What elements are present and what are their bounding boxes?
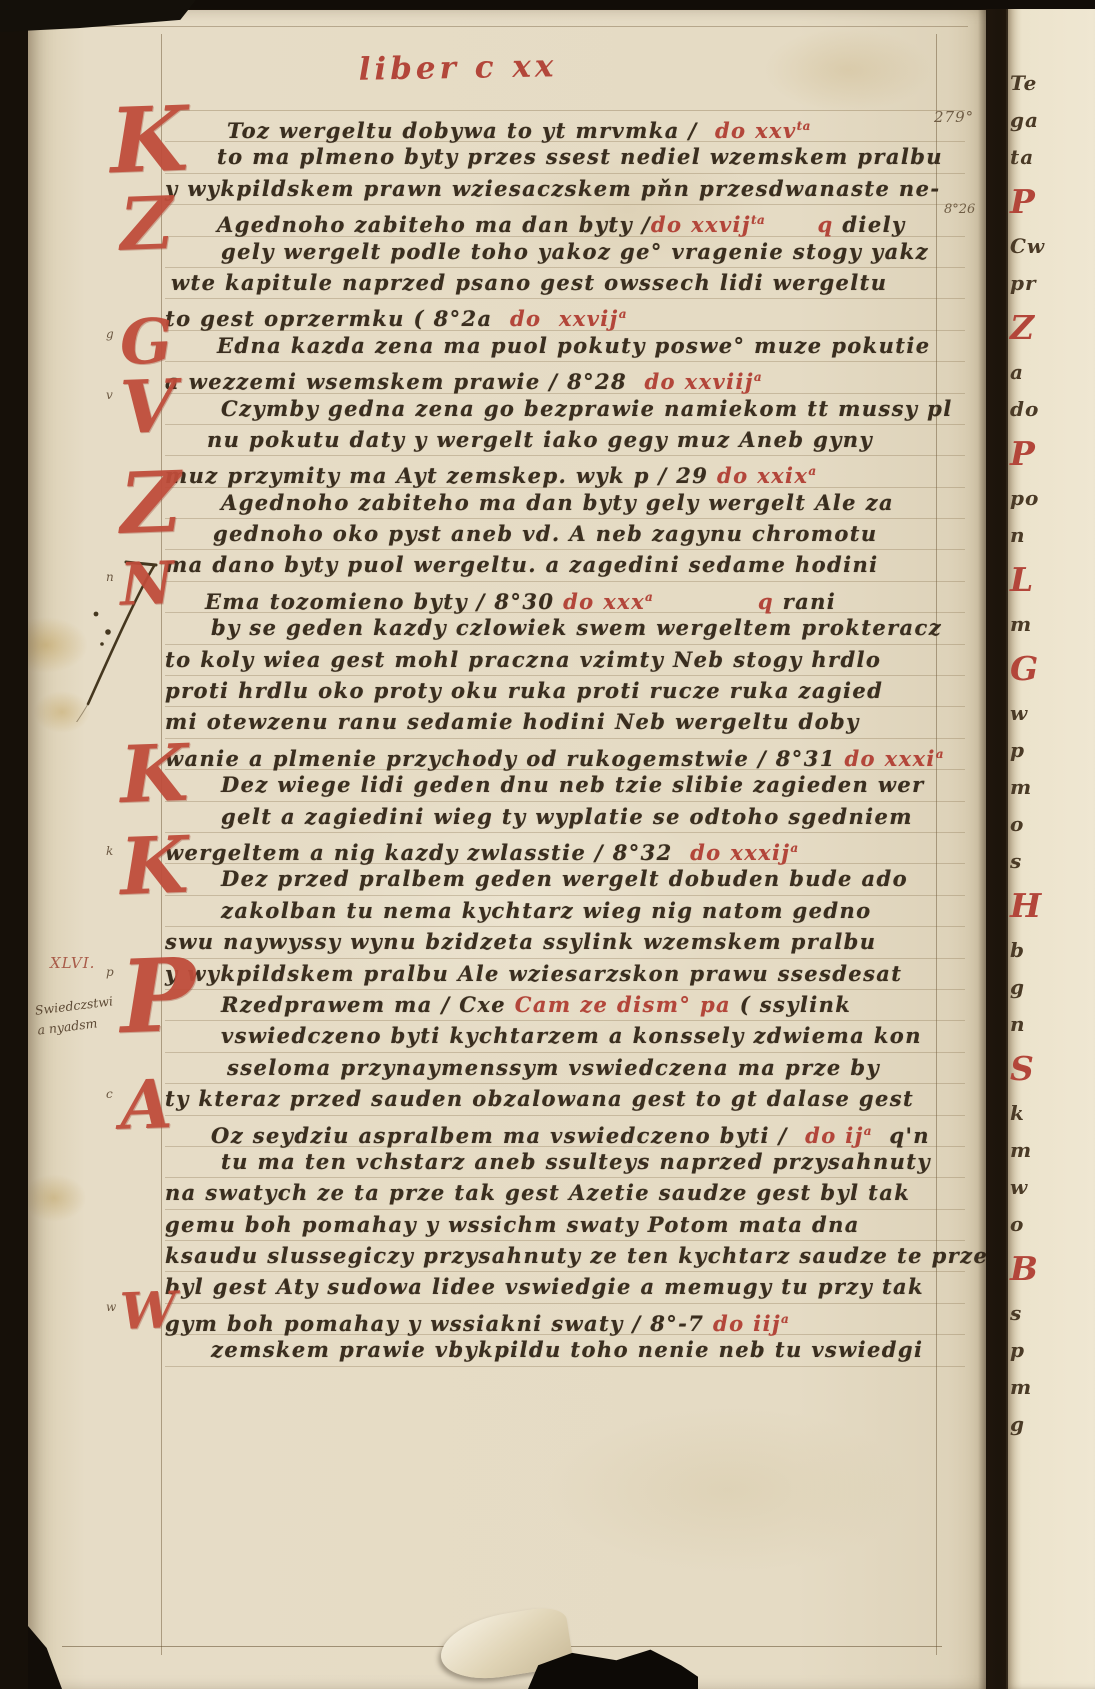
body-text: na swatych ze ta prze tak gest Azetie sa… <box>165 1180 910 1205</box>
body-text: ( ssylink <box>731 992 851 1017</box>
guide-letter: g <box>106 327 114 341</box>
text-line: wergeltem a nig kazdy zwlasstie / 8°32 d… <box>165 833 965 864</box>
rubric-text: do xxviij <box>644 369 753 394</box>
drop-cap-n: N <box>119 559 174 609</box>
text-line: vswiedczeno byti kychtarzem a konssely z… <box>165 1021 965 1052</box>
text-line: gely wergelt podle toho yakoz ge° vragen… <box>165 237 965 268</box>
text-line: byl gest Aty sudowa lidee vswiedgie a me… <box>165 1272 965 1303</box>
rubric-text: ta <box>797 119 811 133</box>
body-text: y wykpildskem pralbu Ale wziesarzskon pr… <box>165 961 902 986</box>
body-text: zemskem prawie vbykpildu toho nenie neb … <box>211 1337 923 1362</box>
body-text: swu naywyssy wynu bzidzeta ssylink wzems… <box>165 929 876 954</box>
edge-fragment: m <box>1010 1135 1095 1172</box>
body-text: ty kteraz przed sauden obzalowana gest t… <box>165 1086 914 1111</box>
edge-fragment: Z <box>1010 305 1095 357</box>
rubric-text: do ij <box>805 1123 864 1148</box>
guide-letter: n <box>106 570 114 584</box>
text-line: tu ma ten vchstarz aneb ssulteys naprzed… <box>165 1147 965 1178</box>
rubric-text: a <box>754 370 762 384</box>
edge-fragment: S <box>1010 1046 1095 1098</box>
body-text: a wezzemi wsemskem prawie / 8°28 <box>165 369 644 394</box>
drop-cap-z: Z <box>119 468 183 539</box>
edge-fragment-column: TegataPCwprZadoPponLmGwpmosHbgnSkmwoBspm… <box>1006 0 1095 1446</box>
edge-fragment: g <box>1010 972 1095 1009</box>
body-text: by se geden kazdy czlowiek swem wergelte… <box>211 615 942 640</box>
text-line: proti hrdlu oko proty oku ruka proti ruc… <box>165 676 965 707</box>
body-text: zakolban tu nema kychtarz wieg nig natom… <box>221 898 872 923</box>
drop-cap-g: G <box>119 316 173 368</box>
body-text: wanie a plmenie przychody od rukogemstwi… <box>165 746 844 771</box>
edge-fragment: m <box>1010 609 1095 646</box>
edge-fragment: L <box>1010 557 1095 609</box>
body-text: Agednoho zabiteho ma dan byty gely werge… <box>221 490 894 515</box>
edge-fragment: G <box>1010 646 1095 698</box>
body-text: to ma plmeno byty przes ssest nediel wze… <box>217 144 943 169</box>
body-text: diely <box>834 212 906 237</box>
text-line: to ma plmeno byty przes ssest nediel wze… <box>165 142 965 173</box>
drop-cap-z: Z <box>119 194 174 255</box>
text-line: wte kapitule naprzed psano gest owssech … <box>165 268 965 299</box>
guide-letter: w <box>106 1300 116 1314</box>
body-text: Rzedprawem ma / Cxe <box>221 992 515 1017</box>
edge-fragment: n <box>1010 1009 1095 1046</box>
text-line: zakolban tu nema kychtarz wieg nig natom… <box>165 896 965 927</box>
edge-fragment: p <box>1010 1335 1095 1372</box>
rubric-text: do xxx <box>563 589 645 614</box>
edge-fragment: B <box>1010 1246 1095 1298</box>
rubric-text: do iij <box>713 1311 781 1336</box>
body-text: byl gest Aty sudowa lidee vswiedgie a me… <box>165 1274 924 1299</box>
rubric-text: Cam ze dism° pa <box>515 992 731 1017</box>
guide-letter: k <box>106 844 113 858</box>
body-text: Edna kazda zena ma puol pokuty poswe° mu… <box>217 333 931 358</box>
edge-fragment: o <box>1010 1209 1095 1246</box>
page-title: liber c xx <box>328 48 589 89</box>
rubric-text: do xxxij <box>690 840 790 865</box>
body-text: Ema tozomieno byty / 8°30 <box>205 589 563 614</box>
body-text: gym boh pomahay y wssiakni swaty / 8°-7 <box>165 1311 713 1336</box>
body-text: wte kapitule naprzed psano gest owssech … <box>171 270 887 295</box>
text-line: Toz wergeltu dobywa to yt mrvmka / do xx… <box>165 111 965 142</box>
body-text: proti hrdlu oko proty oku ruka proti ruc… <box>165 678 883 703</box>
rubric-text: do xxvij <box>651 212 751 237</box>
manuscript-scan: { "page": { "header_title": "liber c xx"… <box>0 0 1095 1689</box>
drop-cap-a: A <box>119 1076 173 1133</box>
edge-fragment: o <box>1010 809 1095 846</box>
body-text: gelt a zagiedini wieg ty wyplatie se odt… <box>221 804 913 829</box>
text-line: y wykpildskem pralbu Ale wziesarzskon pr… <box>165 959 965 990</box>
rubric-text: do xxxi <box>844 746 935 771</box>
edge-fragment: H <box>1010 883 1095 935</box>
drop-cap-v: V <box>119 377 177 439</box>
drop-cap-k: K <box>109 103 189 179</box>
text-line: a wezzemi wsemskem prawie / 8°28 do xxvi… <box>165 362 965 393</box>
edge-fragment: k <box>1010 1098 1095 1135</box>
text-line: Agednoho zabiteho ma dan byty gely werge… <box>165 488 965 519</box>
edge-fragment: ta <box>1010 142 1095 179</box>
edge-fragment: m <box>1010 772 1095 809</box>
text-line: Agednoho zabiteho ma dan byty /do xxvijt… <box>165 205 965 236</box>
rubric-text: a <box>781 1312 789 1326</box>
text-line: y wykpildskem prawn wziesaczskem pňn prz… <box>165 174 965 205</box>
body-text: Dez przed pralbem geden wergelt dobuden … <box>221 866 908 891</box>
text-line: wanie a plmenie przychody od rukogemstwi… <box>165 739 965 770</box>
text-block: Toz wergeltu dobywa to yt mrvmka / do xx… <box>165 110 965 1367</box>
edge-fragment: s <box>1010 1298 1095 1335</box>
edge-fragment: Te <box>1010 68 1095 105</box>
text-line: nu pokutu daty y wergelt iako gegy muz A… <box>165 425 965 456</box>
edge-fragment: po <box>1010 483 1095 520</box>
guide-letter: p <box>106 965 114 979</box>
rubric-text: a <box>864 1124 872 1138</box>
body-text: nu pokutu daty y wergelt iako gegy muz A… <box>207 427 873 452</box>
drop-cap-k: K <box>119 832 189 899</box>
edge-fragment: a <box>1010 357 1095 394</box>
margin-chapter-number: XLVI. <box>50 954 95 972</box>
text-line: Rzedprawem ma / Cxe Cam ze dism° pa ( ss… <box>165 990 965 1021</box>
body-text: Czymby gedna zena go bezprawie namiekom … <box>221 396 953 421</box>
edge-fragment: P <box>1010 431 1095 483</box>
drop-cap-w: W <box>119 1289 177 1332</box>
text-line: ty kteraz przed sauden obzalowana gest t… <box>165 1084 965 1115</box>
body-text: to koly wiea gest mohl praczna vzimty Ne… <box>165 647 881 672</box>
body-text: q'n <box>872 1123 930 1148</box>
body-text: ksaudu slussegiczy przysahnuty ze ten ky… <box>165 1243 988 1268</box>
body-text: to gest oprzermku ( 8°2a <box>165 306 510 331</box>
rubric-text: a <box>808 464 816 478</box>
text-line: ma dano byty puol wergeltu. a zagedini s… <box>165 550 965 581</box>
text-line: swu naywyssy wynu bzidzeta ssylink wzems… <box>165 927 965 958</box>
edge-fragment: m <box>1010 1372 1095 1409</box>
rubric-text: do xxvij <box>510 306 619 331</box>
text-line: gednoho oko pyst aneb vd. A neb zagynu c… <box>165 519 965 550</box>
rubric-text: a <box>936 747 944 761</box>
body-text: sseloma przynaymenssym vswiedczena ma pr… <box>227 1055 880 1080</box>
edge-fragment: g <box>1010 1409 1095 1446</box>
body-text: ma dano byty puol wergeltu. a zagedini s… <box>165 552 879 577</box>
edge-fragment: w <box>1010 698 1095 735</box>
ruling-line-top <box>48 26 968 27</box>
drop-cap-p: P <box>119 954 198 1039</box>
edge-fragment: pr <box>1010 268 1095 305</box>
rubric-text: q <box>818 212 834 237</box>
guide-letter: c <box>106 1087 113 1101</box>
edge-fragment: b <box>1010 935 1095 972</box>
body-text: y wykpildskem prawn wziesaczskem pňn prz… <box>165 176 940 201</box>
text-line: gelt a zagiedini wieg ty wyplatie se odt… <box>165 802 965 833</box>
text-line: ksaudu slussegiczy przysahnuty ze ten ky… <box>165 1241 965 1272</box>
text-line: Ema tozomieno byty / 8°30 do xxxa q rani <box>165 582 965 613</box>
text-line: gemu boh pomahay y wssichm swaty Potom m… <box>165 1210 965 1241</box>
body-text: Toz wergeltu dobywa to yt mrvmka / <box>227 118 715 143</box>
text-line: to gest oprzermku ( 8°2a do xxvija <box>165 299 965 330</box>
edge-fragment: P <box>1010 179 1095 231</box>
text-line: Oz seydziu aspralbem ma vswiedczeno byti… <box>165 1116 965 1147</box>
edge-fragment: n <box>1010 520 1095 557</box>
margin-note: Swiedczstwi a nyadsm <box>34 991 117 1040</box>
text-line: Dez wiege lidi geden dnu neb tzie slibie… <box>165 770 965 801</box>
body-text: gely wergelt podle toho yakoz ge° vragen… <box>221 239 929 264</box>
edge-fragment: do <box>1010 394 1095 431</box>
text-line: na swatych ze ta prze tak gest Azetie sa… <box>165 1178 965 1209</box>
body-text: rani <box>774 589 836 614</box>
edge-fragment: p <box>1010 735 1095 772</box>
body-text: tu ma ten vchstarz aneb ssulteys naprzed… <box>221 1149 931 1174</box>
text-line: zemskem prawie vbykpildu toho nenie neb … <box>165 1335 965 1366</box>
text-line: by se geden kazdy czlowiek swem wergelte… <box>165 613 965 644</box>
edge-fragment: w <box>1010 1172 1095 1209</box>
text-line: mi otewzenu ranu sedamie hodini Neb werg… <box>165 707 965 738</box>
page-gutter-shadow <box>978 0 1008 1689</box>
edge-fragment: Cw <box>1010 231 1095 268</box>
body-text: Oz seydziu aspralbem ma vswiedczeno byti… <box>211 1123 805 1148</box>
body-text: muz przymity ma Ayt zemskep. wyk p / 29 <box>165 463 717 488</box>
edge-fragment: s <box>1010 846 1095 883</box>
text-line: sseloma przynaymenssym vswiedczena ma pr… <box>165 1053 965 1084</box>
text-line: Dez przed pralbem geden wergelt dobuden … <box>165 864 965 895</box>
body-text: gednoho oko pyst aneb vd. A neb zagynu c… <box>213 521 878 546</box>
guide-letter: v <box>106 388 113 402</box>
text-line: Czymby gedna zena go bezprawie namiekom … <box>165 394 965 425</box>
body-text: Agednoho zabiteho ma dan byty / <box>217 212 651 237</box>
rubric-text: do xxix <box>717 463 808 488</box>
rubric-text: ta <box>751 213 765 227</box>
body-text: mi otewzenu ranu sedamie hodini Neb werg… <box>165 709 860 734</box>
body-text <box>653 589 758 614</box>
drop-cap-k: K <box>119 741 189 808</box>
text-line: Edna kazda zena ma puol pokuty poswe° mu… <box>165 331 965 362</box>
rubric-text: a <box>619 307 627 321</box>
edge-fragment: ga <box>1010 105 1095 142</box>
rubric-text: a <box>790 841 798 855</box>
adjacent-page-edge: TegataPCwprZadoPponLmGwpmosHbgnSkmwoBspm… <box>1006 0 1095 1689</box>
body-text: gemu boh pomahay y wssichm swaty Potom m… <box>165 1212 860 1237</box>
body-text: vswiedczeno byti kychtarzem a konssely z… <box>221 1023 922 1048</box>
body-text: wergeltem a nig kazdy zwlasstie / 8°32 <box>165 840 690 865</box>
rubric-text: do xxv <box>715 118 797 143</box>
text-line: muz przymity ma Ayt zemskep. wyk p / 29 … <box>165 456 965 487</box>
manuscript-page: liber c xx 279° 8°26 XLVI. Swiedczstwi a… <box>28 10 986 1689</box>
body-text: Dez wiege lidi geden dnu neb tzie slibie… <box>221 772 925 797</box>
text-line: to koly wiea gest mohl praczna vzimty Ne… <box>165 645 965 676</box>
body-text <box>765 212 817 237</box>
text-line: gym boh pomahay y wssiakni swaty / 8°-7 … <box>165 1304 965 1335</box>
rubric-text: q <box>758 589 774 614</box>
